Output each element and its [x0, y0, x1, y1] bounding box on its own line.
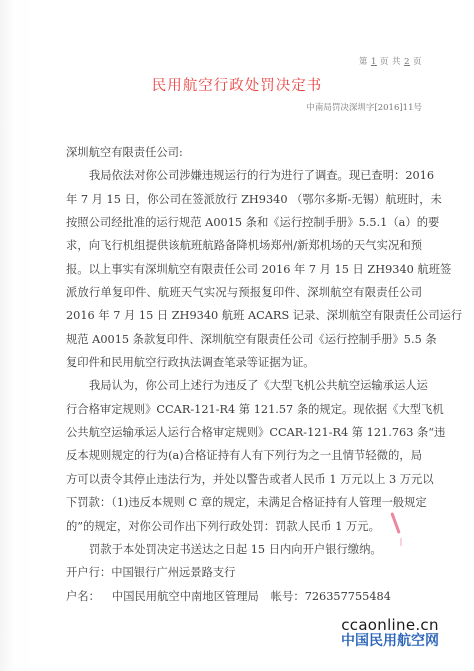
document-page: 第1页 共2页 民用航空行政处罚决定书 中南局罚决深圳字[2016]11号 深圳… — [0, 0, 474, 671]
seal-stamp-fragment — [400, 538, 402, 546]
document-body: 深圳航空有限责任公司: 我局依法对你公司涉嫌违规运行的行为进行了调查。现已查明：… — [66, 141, 422, 608]
page-number: 第1页 共2页 — [359, 55, 422, 67]
para1-line: 求，向飞行机组提供该航班航路备降机场郑州/新郑机场的天气实况和预 — [66, 234, 422, 257]
para1-line: 按照公司经批准的运行规范 A0015 条和《运行控制手册》5.5.1（a）的要 — [66, 211, 422, 234]
para2-line: 公共航空运输承运人运行合格审定规则》CCAR-121-R4 第 121.763 … — [66, 421, 422, 444]
page-prefix: 第 — [359, 57, 368, 67]
page-mid: 页 共 — [380, 57, 401, 67]
account-no-label: 帐号： — [271, 590, 305, 603]
payment-deadline: 罚款于本处罚决定书送达之日起 15 日内向开户银行缴纳。 — [66, 538, 422, 561]
bank-value: 中国银行广州远景路支行 — [111, 566, 235, 579]
page-suffix: 页 — [413, 57, 422, 67]
para2-line: 反本规则规定的行为(a)合格证持有人有下列行为之一且情节轻微的，局 — [66, 444, 422, 467]
para1-line: 年 7 月 15 日，你公司在签派放行 ZH9340 （鄂尔多斯-无锡）航班时，… — [66, 188, 422, 211]
account-no-value: 726357755484 — [305, 590, 391, 603]
para2-line: 我局认为，你公司上述行为违反了《大型飞机公共航空运输承运人运 — [66, 374, 422, 397]
para1-line: 复印件和民用航空行政执法调查笔录等证据为证。 — [66, 351, 422, 374]
account-info: 户名：中国民用航空中南地区管理局帐号：726357755484 — [66, 585, 422, 608]
para1-line: 2016 年 7 月 15 日 ZH9340 航班 ACARS 记录、深圳航空有… — [66, 304, 422, 327]
document-number: 中南局罚决深圳字[2016]11号 — [306, 101, 422, 113]
page-current: 1 — [368, 57, 380, 67]
watermark-domain: ccaonline.cn — [341, 618, 439, 633]
bank-info: 开户行：中国银行广州远景路支行 — [66, 561, 422, 584]
para2-line: 的”的规定，对你公司作出下列行政处罚：罚款人民币 1 万元。 — [66, 515, 422, 538]
para1-line: 规范 A0015 条款复印件、深圳航空有限责任公司《运行控制手册》5.5 条 — [66, 328, 422, 351]
para1-line: 我局依法对你公司涉嫌违规运行的行为进行了调查。现已查明：2016 — [66, 164, 422, 187]
para1-line: 派放行单复印件、航班天气实况与预报复印件、深圳航空有限责任公司 — [66, 281, 422, 304]
account-name-label: 户名： — [66, 590, 100, 603]
account-name-value: 中国民用航空中南地区管理局 — [112, 590, 259, 603]
watermark-name: 中国民用航空网 — [341, 633, 439, 650]
bank-label: 开户行： — [66, 566, 111, 579]
para2-line: 下罚款：（1)违反本规则 C 章的规定，未满足合格证持有人管理一般规定 — [66, 491, 422, 514]
para1-line: 报。以上事实有深圳航空有限责任公司 2016 年 7 月 15 日 ZH9340… — [66, 258, 422, 281]
document-title: 民用航空行政处罚决定书 — [0, 74, 474, 95]
page-total: 2 — [401, 57, 413, 67]
para2-line: 行合格审定规则》CCAR-121-R4 第 121.57 条的规定。现依据《大型… — [66, 398, 422, 421]
addressee: 深圳航空有限责任公司: — [66, 141, 422, 164]
watermark-logo: ccaonline.cn 中国民用航空网 — [341, 618, 439, 650]
para2-line: 方可以责令其停止违法行为，并处以警告或者人民币 1 万元以上 3 万元以 — [66, 468, 422, 491]
